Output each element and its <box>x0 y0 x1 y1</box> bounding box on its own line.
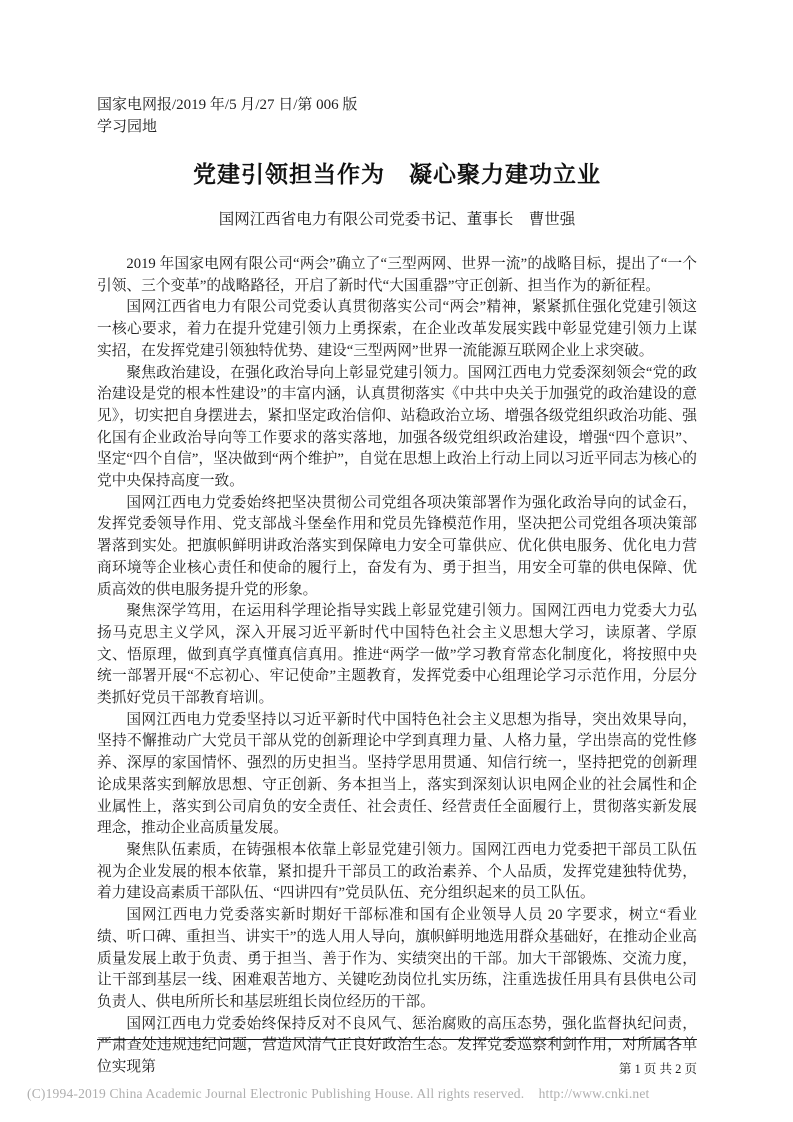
page-indicator: 第 1 页 共 2 页 <box>619 1062 697 1076</box>
page-content: 国家电网报/2019 年/5 月/27 日/第 006 版 学习园地 党建引领担… <box>97 94 697 1079</box>
article-paragraph: 聚焦队伍素质，在铸强根本依靠上彰显党建引领力。国网江西电力党委把干部员工队伍视为… <box>97 840 697 905</box>
article-paragraph: 国网江西省电力有限公司党委认真贯彻落实公司“两会”精神，紧紧抓住强化党建引领这一… <box>97 297 697 362</box>
article-paragraph: 国网江西电力党委坚持以习近平新时代中国特色社会主义思想为指导，突出效果导向，坚持… <box>97 710 697 840</box>
article-body: 2019 年国家电网有限公司“两会”确立了“三型两网、世界一流”的战略目标，提出… <box>97 254 697 1079</box>
section-name: 学习园地 <box>97 116 697 138</box>
doc-header: 国家电网报/2019 年/5 月/27 日/第 006 版 学习园地 <box>97 94 697 138</box>
article-paragraph: 聚焦政治建设，在强化政治导向上彰显党建引领力。国网江西电力党委深刻领会“党的政治… <box>97 363 697 493</box>
article-paragraph: 2019 年国家电网有限公司“两会”确立了“三型两网、世界一流”的战略目标，提出… <box>97 254 697 297</box>
document-page: 国家电网报/2019 年/5 月/27 日/第 006 版 学习园地 党建引领担… <box>0 0 793 1122</box>
article-title: 党建引领担当作为 凝心聚力建功立业 <box>97 160 697 190</box>
source-line: 国家电网报/2019 年/5 月/27 日/第 006 版 <box>97 94 697 116</box>
page-footer: 第 1 页 共 2 页 <box>97 1039 697 1092</box>
article-paragraph: 聚焦深学笃用，在运用科学理论指导实践上彰显党建引领力。国网江西电力党委大力弘扬马… <box>97 601 697 710</box>
copyright-line: (C)1994-2019 China Academic Journal Elec… <box>27 1086 650 1102</box>
article-byline: 国网江西省电力有限公司党委书记、董事长 曹世强 <box>97 207 697 229</box>
article-paragraph: 国网江西电力党委落实新时期好干部标准和国有企业领导人员 20 字要求，树立“看业… <box>97 905 697 1014</box>
article-paragraph: 国网江西电力党委始终把坚决贯彻公司党组各项决策部署作为强化政治导向的试金石，发挥… <box>97 493 697 602</box>
